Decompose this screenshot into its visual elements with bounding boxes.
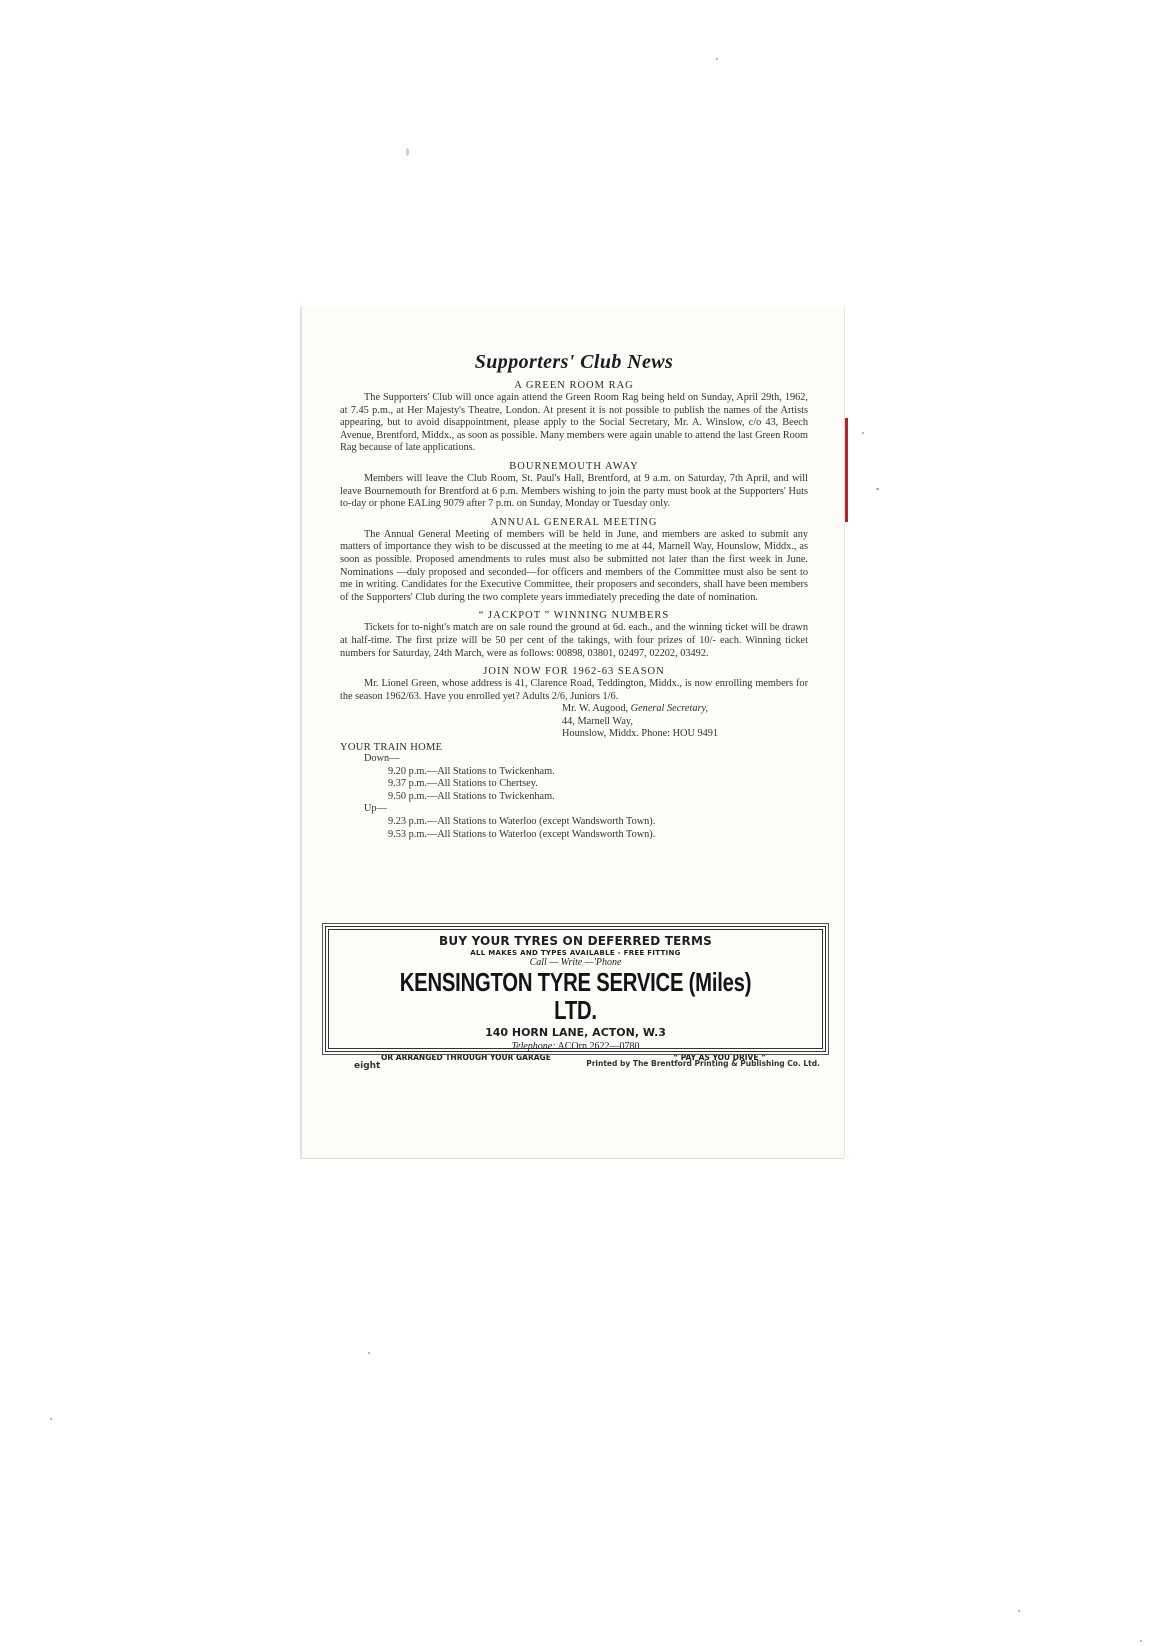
section-heading: ANNUAL GENERAL MEETING	[340, 517, 808, 528]
train-entry: 9.53 p.m.—All Stations to Waterloo (exce…	[388, 829, 808, 842]
signatory-address-1: 44, Marnell Way,	[562, 716, 808, 729]
section-body: The Annual General Meeting of members wi…	[340, 529, 808, 605]
section-body: Tickets for to-night's match are on sale…	[340, 622, 808, 660]
advert-subline: ALL MAKES AND TYPES AVAILABLE - FREE FIT…	[329, 949, 822, 957]
advert-garage-note: OR ARRANGED THROUGH YOUR GARAGE	[381, 1053, 551, 1062]
train-direction-down: Down—	[364, 753, 808, 766]
printer-credit: Printed by The Brentford Printing & Publ…	[586, 1059, 820, 1068]
section-heading: BOURNEMOUTH AWAY	[340, 461, 808, 472]
section-body: Members will leave the Club Room, St. Pa…	[340, 473, 808, 511]
advert-company-name: KENSINGTON TYRE SERVICE (Miles) LTD.	[383, 968, 768, 1024]
train-entry: 9.20 p.m.—All Stations to Twickenham.	[388, 766, 808, 779]
advert-address: 140 HORN LANE, ACTON, W.3	[329, 1026, 822, 1039]
section-body: Mr. Lionel Green, whose address is 41, C…	[340, 678, 808, 703]
scan-speck	[1018, 1610, 1020, 1612]
signatory-role: General Secretary,	[631, 703, 708, 714]
section-bournemouth-away: BOURNEMOUTH AWAY Members will leave the …	[340, 461, 808, 511]
section-agm: ANNUAL GENERAL MEETING The Annual Genera…	[340, 517, 808, 605]
scan-speck	[876, 488, 879, 490]
scan-speck	[1140, 1640, 1142, 1642]
train-entry: 9.23 p.m.—All Stations to Waterloo (exce…	[388, 816, 808, 829]
train-entry: 9.50 p.m.—All Stations to Twickenham.	[388, 791, 808, 804]
signature-block: Mr. W. Augood, General Secretary, 44, Ma…	[562, 703, 808, 741]
section-join-now: JOIN NOW FOR 1962-63 SEASON Mr. Lionel G…	[340, 666, 808, 703]
train-direction-up: Up—	[364, 803, 808, 816]
scan-speck	[716, 58, 718, 60]
advert-phone: Telephone: ACOrn 2622—0780	[329, 1041, 822, 1052]
section-jackpot: “ JACKPOT ” WINNING NUMBERS Tickets for …	[340, 610, 808, 660]
page-content: Supporters' Club News A GREEN ROOM RAG T…	[340, 351, 808, 841]
scan-speck	[368, 1352, 370, 1354]
train-timetable: YOUR TRAIN HOME Down— 9.20 p.m.—All Stat…	[340, 742, 808, 841]
scan-speck	[50, 1418, 52, 1420]
section-body: The Supporters' Club will once again att…	[340, 392, 808, 455]
section-heading: A GREEN ROOM RAG	[340, 380, 808, 391]
page-number: eight	[354, 1061, 380, 1071]
signatory-address-2: Hounslow, Middx. Phone: HOU 9491	[562, 728, 808, 741]
page-title: Supporters' Club News	[340, 351, 808, 374]
programme-page: Supporters' Club News A GREEN ROOM RAG T…	[300, 307, 844, 1158]
scan-speck	[406, 148, 409, 156]
section-heading: JOIN NOW FOR 1962-63 SEASON	[340, 666, 808, 677]
advert-phone-label: Telephone:	[512, 1041, 556, 1052]
train-title: YOUR TRAIN HOME	[340, 742, 808, 753]
section-heading: “ JACKPOT ” WINNING NUMBERS	[340, 610, 808, 621]
advert-headline: BUY YOUR TYRES ON DEFERRED TERMS	[329, 934, 822, 948]
scan-speck	[862, 432, 864, 434]
section-green-room-rag: A GREEN ROOM RAG The Supporters' Club wi…	[340, 380, 808, 455]
train-entry: 9.37 p.m.—All Stations to Chertsey.	[388, 778, 808, 791]
advert-phone-number: ACOrn 2622—0780	[558, 1041, 640, 1052]
signatory-name: Mr. W. Augood,	[562, 703, 628, 714]
tyre-advertisement: BUY YOUR TYRES ON DEFERRED TERMS ALL MAK…	[325, 926, 826, 1052]
